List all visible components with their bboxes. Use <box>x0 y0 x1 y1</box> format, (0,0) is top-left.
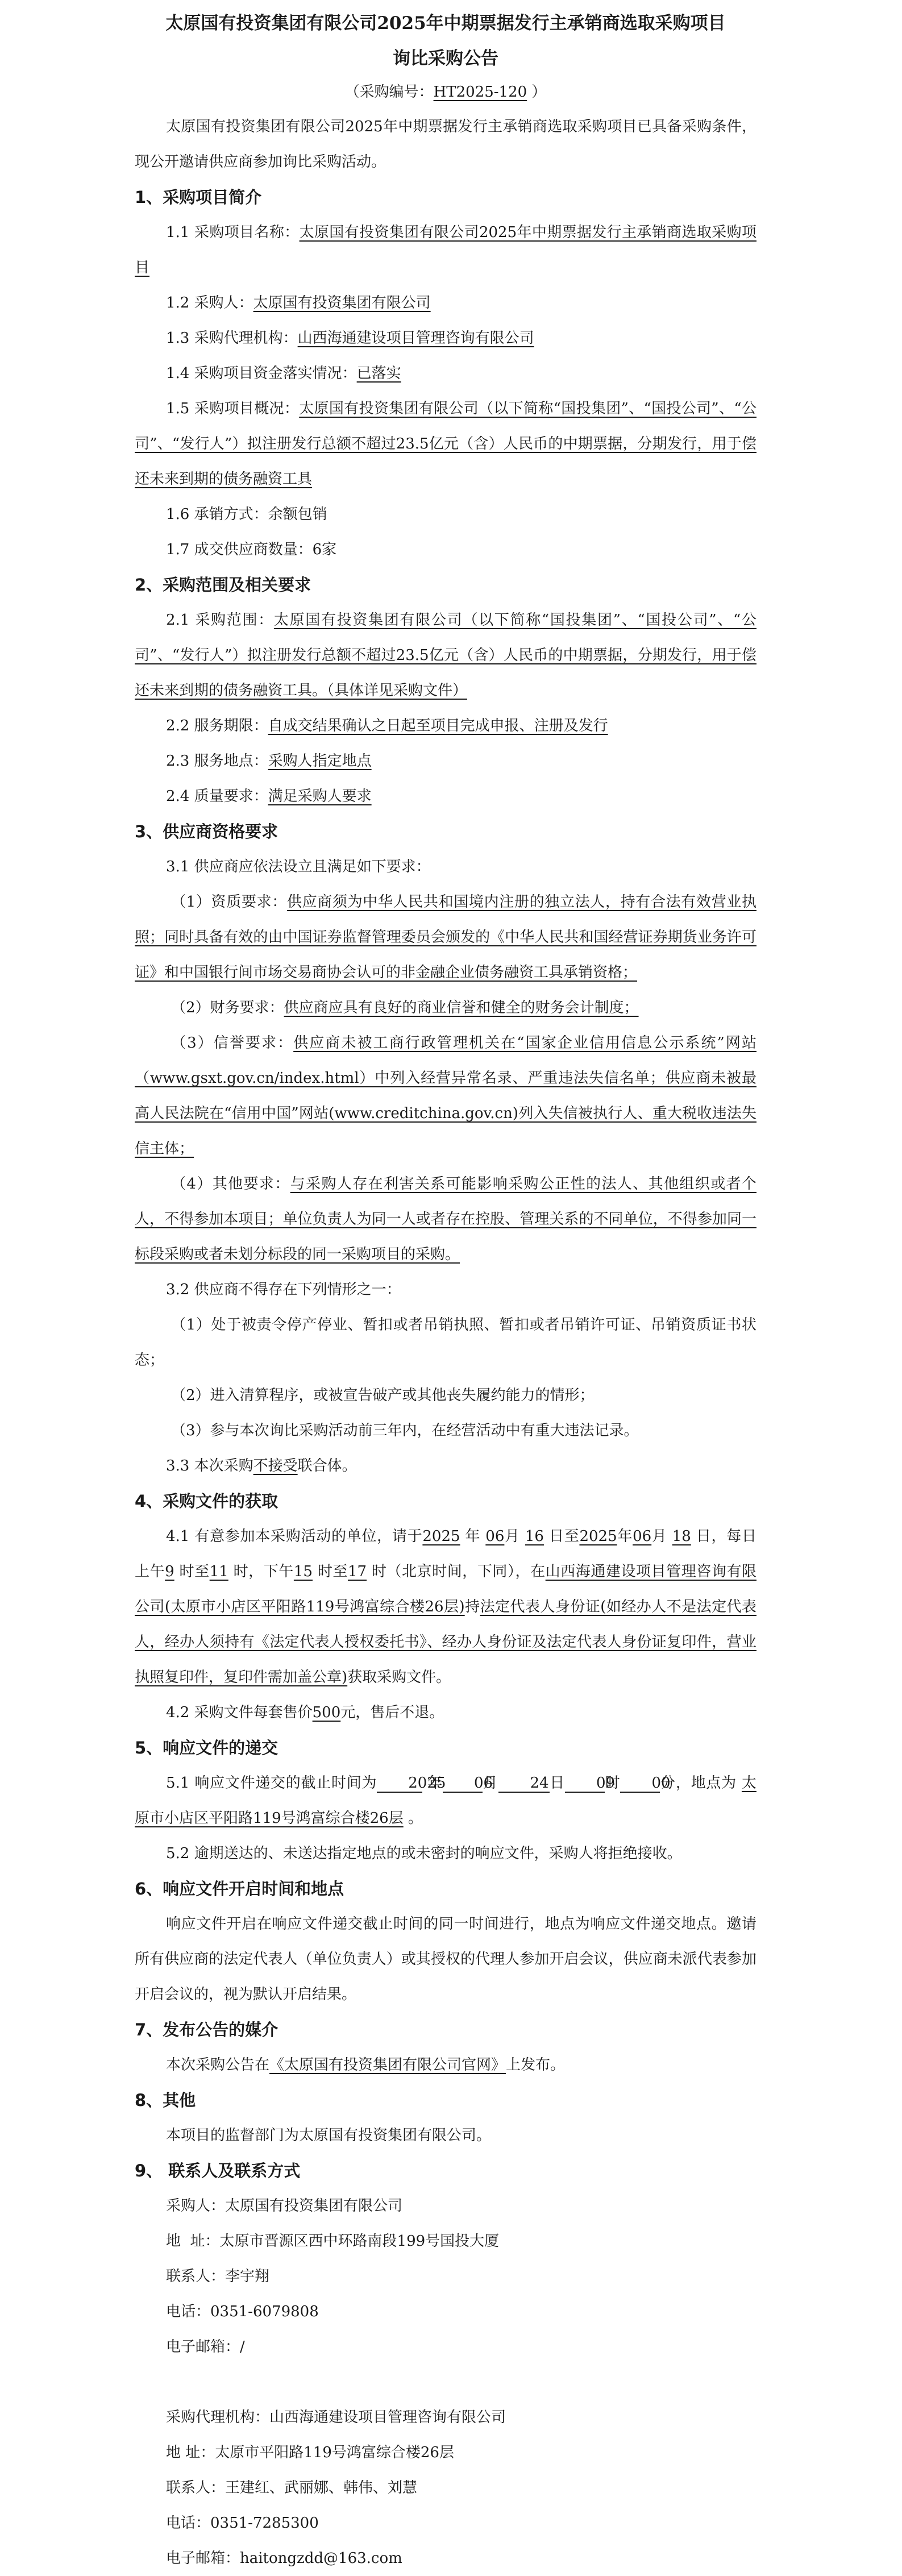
item-value: 6家 <box>313 541 337 558</box>
am-start: 9 <box>165 1563 174 1580</box>
section-9-heading: 9、 联系人及联系方式 <box>135 2153 756 2188</box>
intro-paragraph: 太原国有投资集团有限公司2025年中期票据发行主承销商选取采购项目已具备采购条件… <box>135 109 756 180</box>
text: 5.1 响应文件递交的截止时间为 <box>166 1775 377 1792</box>
section-3-heading: 3、供应商资格要求 <box>135 814 756 849</box>
text: 时至 <box>318 1563 348 1580</box>
text: 时至 <box>180 1563 210 1580</box>
requirement-qualification: （1）资质要求：供应商须为中华人民共和国境内注册的独立法人，持有合法有效营业执照… <box>135 884 756 990</box>
section-4-heading: 4、采购文件的获取 <box>135 1484 756 1519</box>
spacer <box>135 2365 756 2400</box>
start-day: 16 <box>525 1528 544 1545</box>
item-5-2: 5.2 逾期送达的、未送达指定地点的或未密封的响应文件，采购人将拒绝接收。 <box>135 1836 756 1871</box>
purchaser-contact-person: 联系人：李宇翔 <box>135 2259 756 2294</box>
code-prefix: （采购编号： <box>345 84 434 101</box>
text: 日 <box>550 1775 565 1792</box>
exclusion-3: （3）参与本次询比采购活动前三年内，在经营活动中有重大违法记录。 <box>135 1413 756 1448</box>
end-day: 18 <box>672 1528 691 1545</box>
item-value: 余额包销 <box>268 506 327 523</box>
item-5-1: 5.1 响应文件递交的截止时间为2025 年06月24日09时00分，地点为 太… <box>135 1765 756 1836</box>
text: 时 <box>605 1775 620 1792</box>
deadline-day: 24 <box>498 1775 550 1793</box>
start-month: 06 <box>485 1528 504 1545</box>
requirement-other: （4）其他要求：与采购人存在利害关系可能影响采购公正性的法人、其他组织或者个人，… <box>135 1166 756 1272</box>
item-label: 1.4 采购项目资金落实情况： <box>166 365 357 382</box>
text: 4.1 有意参加本采购活动的单位，请于 <box>166 1528 422 1545</box>
item-1-4: 1.4 采购项目资金落实情况：已落实 <box>135 356 756 391</box>
media-paragraph: 本次采购公告在《太原国有投资集团有限公司官网》上发布。 <box>135 2047 756 2083</box>
text: 年 <box>617 1528 633 1545</box>
req-value: 供应商未被工商行政管理机关在“国家企业信用信息公示系统”网站（www.gsxt.… <box>135 1034 756 1157</box>
publication-media: 《太原国有投资集团有限公司官网》 <box>269 2056 506 2074</box>
text: 本次采购公告在 <box>166 2056 269 2074</box>
text: 4.2 采购文件每套售价 <box>166 1704 313 1721</box>
section-6-heading: 6、响应文件开启时间和地点 <box>135 1871 756 1906</box>
item-4-1: 4.1 有意参加本采购活动的单位，请于2025 年 06月 16 日至2025年… <box>135 1519 756 1695</box>
item-1-6: 1.6 承销方式：余额包销 <box>135 497 756 532</box>
item-value: 太原国有投资集团有限公司 <box>253 294 431 311</box>
item-label: 1.7 成交供应商数量： <box>166 541 313 558</box>
item-value: 自成交结果确认之日起至项目完成申报、注册及发行 <box>268 717 608 734</box>
section-7-heading: 7、发布公告的媒介 <box>135 2012 756 2047</box>
agency-email[interactable]: 电子邮箱：haitongzdd@163.com <box>135 2541 756 2576</box>
req-label: （2）财务要求： <box>171 999 284 1016</box>
end-year: 2025 <box>579 1528 617 1545</box>
item-1-7: 1.7 成交供应商数量：6家 <box>135 532 756 567</box>
agency-address: 地 址：太原市平阳路119号鸿富综合楼26层 <box>135 2435 756 2470</box>
opening-paragraph: 响应文件开启在响应文件递交截止时间的同一时间进行，地点为响应文件递交地点。邀请所… <box>135 1906 756 2012</box>
text: 上发布。 <box>506 2056 565 2074</box>
item-1-2: 1.2 采购人：太原国有投资集团有限公司 <box>135 285 756 321</box>
item-value: 采购人指定地点 <box>268 753 372 770</box>
purchaser-address: 地 址：太原市晋源区西中环路南段199号国投大厦 <box>135 2224 756 2259</box>
item-value: 山西海通建设项目管理咨询有限公司 <box>298 330 534 347</box>
deadline-year: 2025 <box>377 1775 422 1793</box>
document-subtitle: 询比采购公告 <box>135 47 756 70</box>
agency-contact-person: 联系人：王建红、武丽娜、韩伟、刘慧 <box>135 2470 756 2506</box>
document-title: 太原国有投资集团有限公司2025年中期票据发行主承销商选取采购项目 <box>135 11 756 35</box>
purchaser-name: 采购人：太原国有投资集团有限公司 <box>135 2188 756 2224</box>
item-3-2: 3.2 供应商不得存在下列情形之一： <box>135 1272 756 1307</box>
procurement-code-line: （采购编号：HT2025-120 ） <box>135 81 756 103</box>
text: 年 <box>465 1528 481 1545</box>
purchaser-phone: 电话：0351-6079808 <box>135 2294 756 2329</box>
item-4-2: 4.2 采购文件每套售价500元，售后不退。 <box>135 1695 756 1730</box>
agency-contact: 采购代理机构：山西海通建设项目管理咨询有限公司 地 址：太原市平阳路119号鸿富… <box>135 2400 756 2576</box>
pm-start: 15 <box>294 1563 313 1580</box>
am-end: 11 <box>210 1563 228 1580</box>
item-label: 1.1 采购项目名称： <box>166 224 300 241</box>
item-3-1: 3.1 供应商应依法设立且满足如下要求： <box>135 849 756 884</box>
procurement-code: HT2025-120 <box>434 84 527 101</box>
item-label: 1.6 承销方式： <box>166 506 268 523</box>
end-month: 06 <box>633 1528 651 1545</box>
item-label: 2.2 服务期限： <box>166 717 268 734</box>
req-label: （1）资质要求： <box>171 894 287 911</box>
req-value: 供应商应具有良好的商业信誉和健全的财务会计制度； <box>284 999 639 1016</box>
deadline-minute: 00 <box>620 1775 660 1793</box>
announcement-document: 太原国有投资集团有限公司2025年中期票据发行主承销商选取采购项目 询比采购公告… <box>135 0 756 2576</box>
text: 持 <box>465 1598 480 1615</box>
text: 获取采购文件。 <box>347 1669 451 1686</box>
agency-name: 采购代理机构：山西海通建设项目管理咨询有限公司 <box>135 2400 756 2435</box>
consortium-value: 不接受 <box>253 1457 298 1474</box>
req-label: （4）其他要求： <box>171 1175 290 1193</box>
item-2-2: 2.2 服务期限：自成交结果确认之日起至项目完成申报、注册及发行 <box>135 708 756 743</box>
code-suffix: ） <box>527 84 546 101</box>
section-2-heading: 2、采购范围及相关要求 <box>135 567 756 603</box>
exclusion-2: （2）进入清算程序，或被宣告破产或其他丧失履约能力的情形； <box>135 1378 756 1413</box>
section-8-heading: 8、其他 <box>135 2083 756 2118</box>
item-2-3: 2.3 服务地点：采购人指定地点 <box>135 743 756 779</box>
section-1-heading: 1、采购项目简介 <box>135 180 756 215</box>
item-1-1: 1.1 采购项目名称：太原国有投资集团有限公司2025年中期票据发行主承销商选取… <box>135 215 756 285</box>
supervision-paragraph: 本项目的监督部门为太原国有投资集团有限公司。 <box>135 2118 756 2153</box>
text: 元，售后不退。 <box>340 1704 444 1721</box>
text: 时（北京时间，下同），在 <box>372 1563 546 1580</box>
item-2-4: 2.4 质量要求：满足采购人要求 <box>135 779 756 814</box>
item-3-3: 3.3 本次采购不接受联合体。 <box>135 1448 756 1484</box>
req-label: （3）信誉要求： <box>171 1034 293 1052</box>
item-label: 1.2 采购人： <box>166 294 253 311</box>
item-label: 2.3 服务地点： <box>166 753 268 770</box>
deadline-month: 06 <box>443 1775 483 1793</box>
exclusion-1: （1）处于被责令停产停业、暂扣或者吊销执照、暂扣或者吊销许可证、吊销资质证书状态… <box>135 1307 756 1378</box>
purchaser-email: 电子邮箱：/ <box>135 2329 756 2365</box>
text: 日至 <box>549 1528 579 1545</box>
text: 。 <box>408 1810 423 1827</box>
document-price: 500 <box>313 1704 341 1721</box>
text: 3.3 本次采购 <box>166 1457 253 1474</box>
item-value: 已落实 <box>357 365 401 382</box>
deadline-hour: 09 <box>565 1775 605 1793</box>
text: 月 <box>483 1775 498 1792</box>
item-2-1: 2.1 采购范围：太原国有投资集团有限公司（以下简称“国投集团”、“国投公司”、… <box>135 603 756 708</box>
item-1-3: 1.3 采购代理机构：山西海通建设项目管理咨询有限公司 <box>135 321 756 356</box>
item-label: 1.3 采购代理机构： <box>166 330 298 347</box>
item-1-5: 1.5 采购项目概况：太原国有投资集团有限公司（以下简称“国投集团”、“国投公司… <box>135 391 756 497</box>
pm-end: 17 <box>348 1563 367 1580</box>
item-label: 1.5 采购项目概况： <box>166 400 299 417</box>
text: 联合体。 <box>298 1457 357 1474</box>
purchaser-contact: 采购人：太原国有投资集团有限公司 地 址：太原市晋源区西中环路南段199号国投大… <box>135 2188 756 2365</box>
requirement-credit: （3）信誉要求：供应商未被工商行政管理机关在“国家企业信用信息公示系统”网站（w… <box>135 1025 756 1166</box>
requirement-financial: （2）财务要求：供应商应具有良好的商业信誉和健全的财务会计制度； <box>135 990 756 1025</box>
text: 月 <box>504 1528 519 1545</box>
agency-phone: 电话：0351-7285300 <box>135 2506 756 2541</box>
text: 分，地点为 <box>660 1775 736 1792</box>
start-year: 2025 <box>422 1528 460 1545</box>
section-5-heading: 5、响应文件的递交 <box>135 1730 756 1765</box>
text: 时，下午 <box>234 1563 294 1580</box>
item-label: 2.1 采购范围： <box>166 612 274 629</box>
item-value: 满足采购人要求 <box>268 788 372 805</box>
text: 月 <box>651 1528 667 1545</box>
item-label: 2.4 质量要求： <box>166 788 268 805</box>
text: 年 <box>427 1775 443 1792</box>
